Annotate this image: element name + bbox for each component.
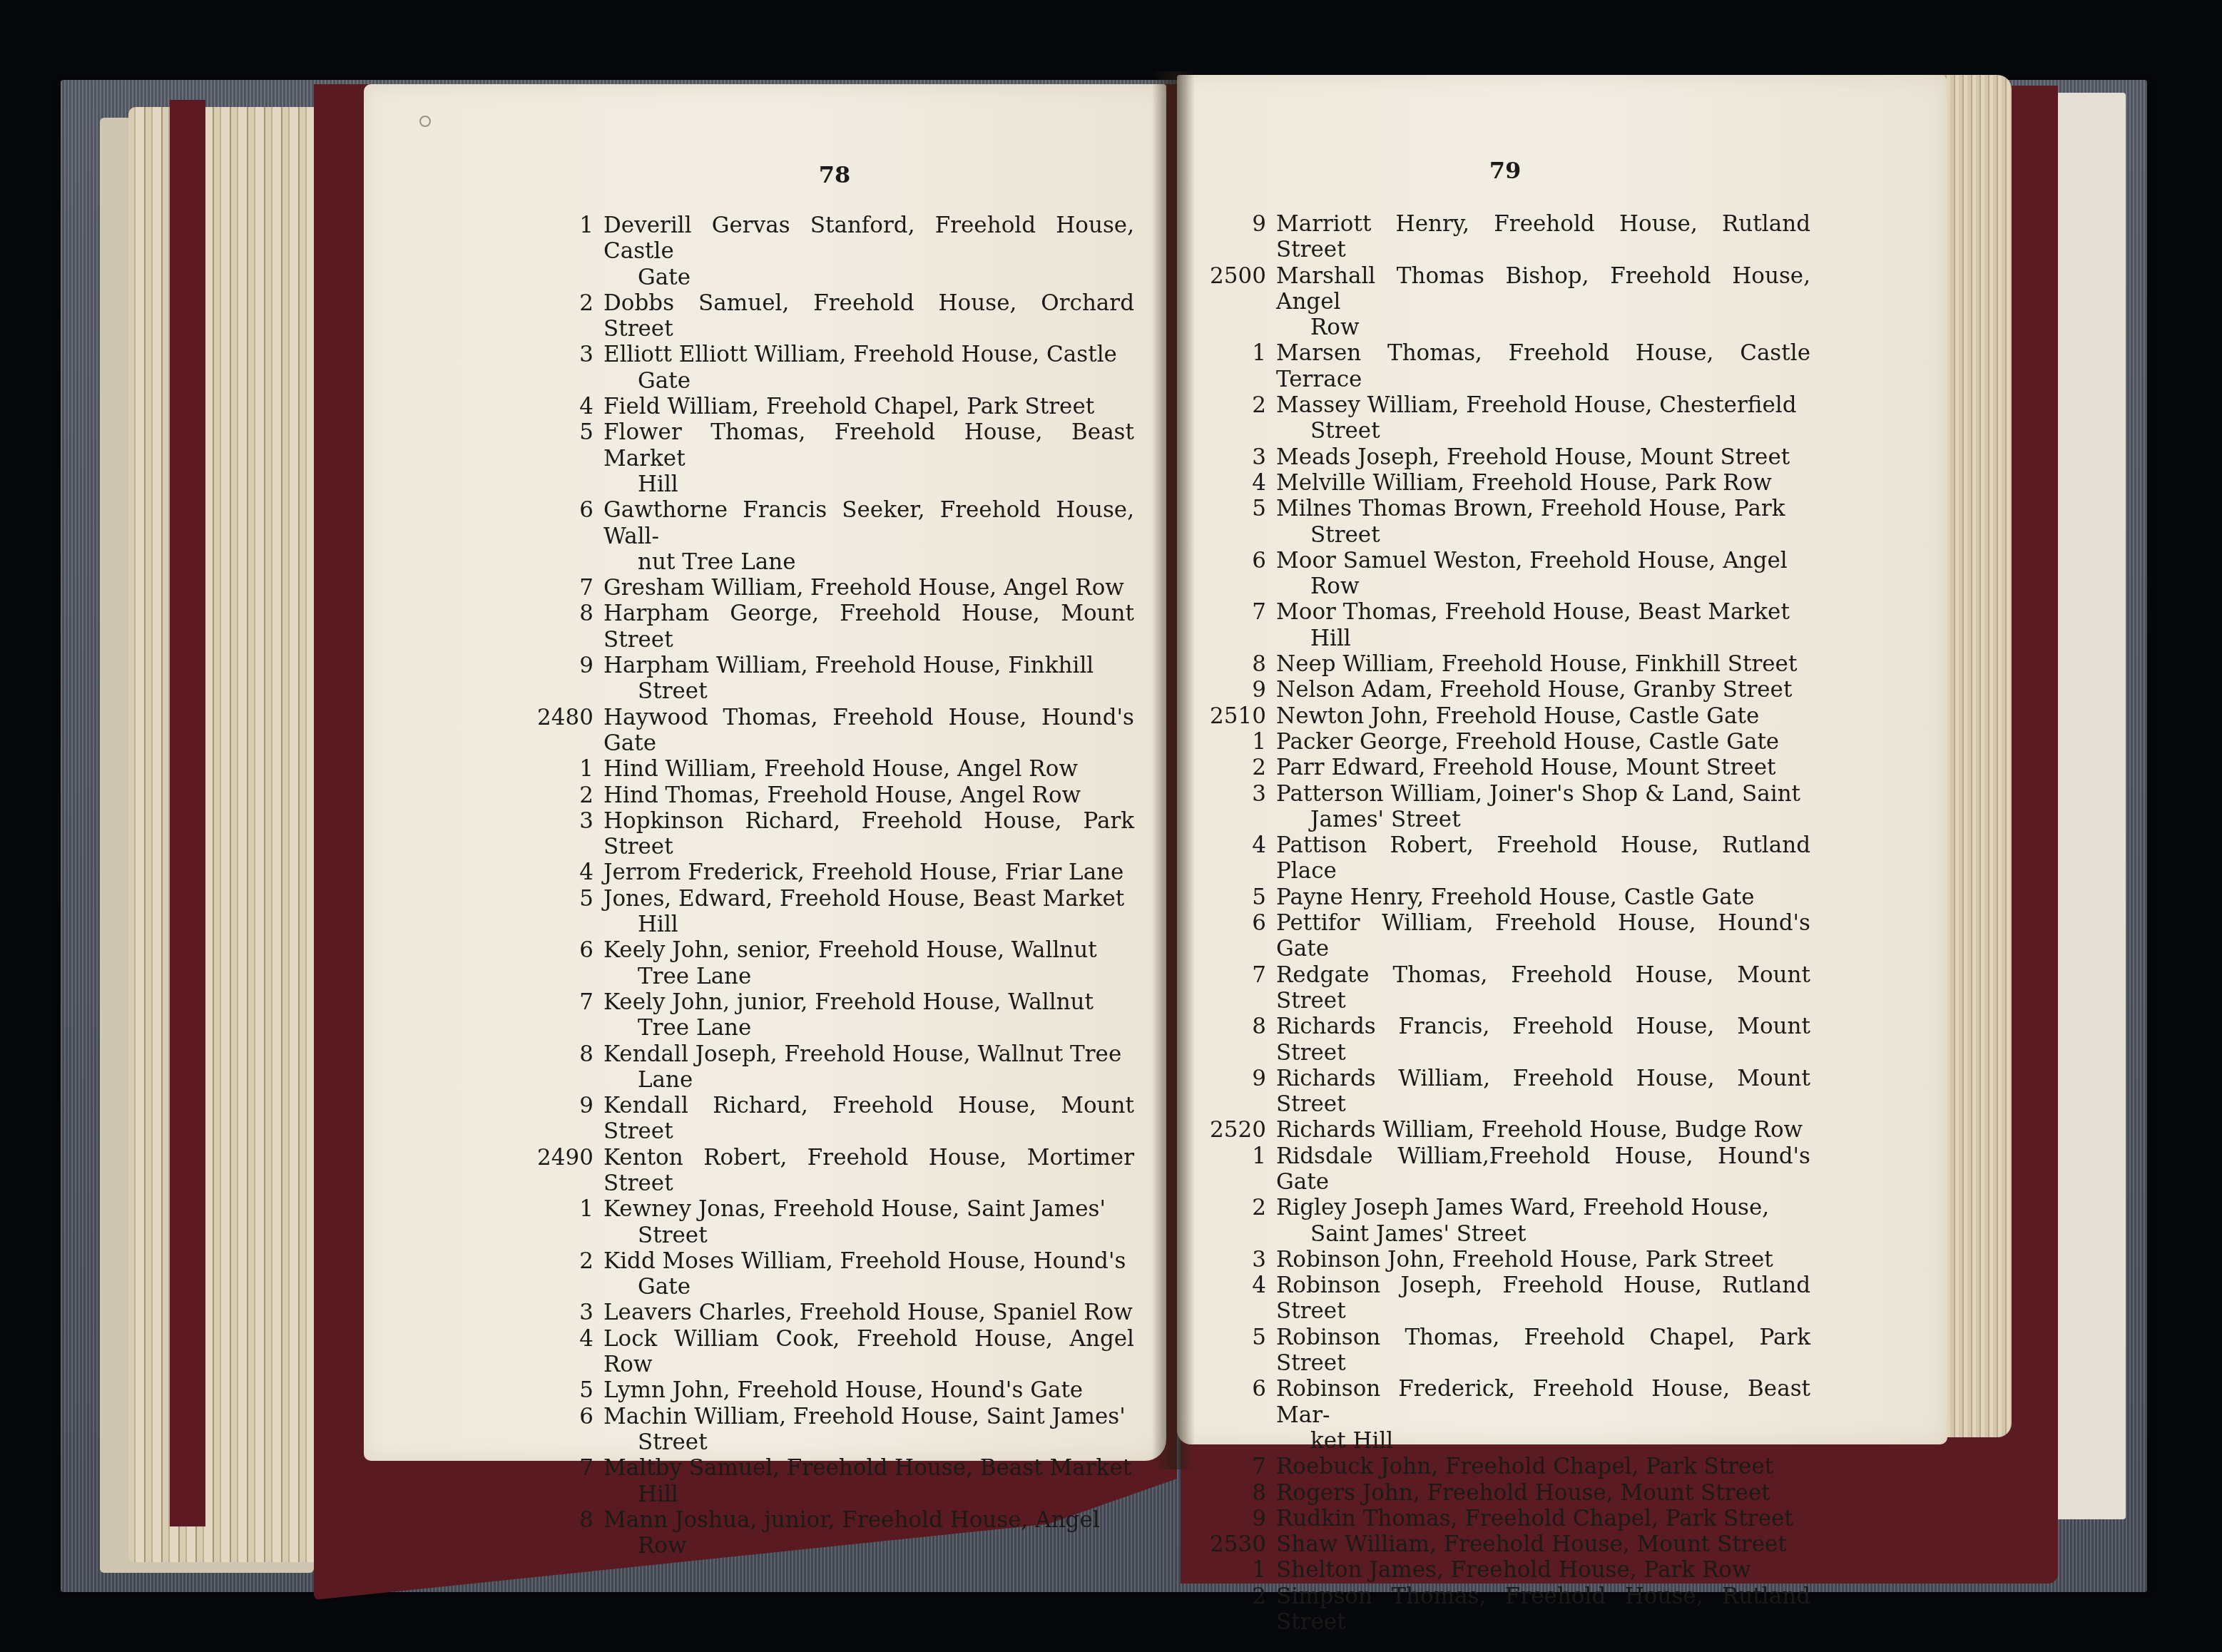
entry-text-continued: Tree Lane — [603, 1015, 1134, 1041]
register-entry: 8 Mann Joshua, junior, Freehold House, A… — [528, 1507, 1134, 1559]
entry-continuation: Street — [1201, 522, 1810, 548]
entry-number: 6 — [528, 937, 603, 963]
entry-text-continued: Street — [1276, 522, 1810, 548]
entry-text: Ridsdale William,Freehold House, Hound's… — [1276, 1143, 1810, 1195]
register-entry: 1 Marsen Thomas, Freehold House, Castle … — [1201, 340, 1810, 392]
register-entry: 7 Gresham William, Freehold House, Angel… — [528, 575, 1134, 601]
entry-continuation: Row — [1201, 573, 1810, 599]
register-entry: 4 Melville William, Freehold House, Park… — [1201, 470, 1810, 496]
entry-number: 7 — [528, 575, 603, 601]
entry-number: 4 — [528, 394, 603, 419]
entry-number: 7 — [528, 989, 603, 1015]
entry-continuation: Row — [1201, 315, 1810, 340]
entry-text: Rudkin Thomas, Freehold Chapel, Park Str… — [1276, 1506, 1810, 1531]
entry-text-continued: Row — [1276, 573, 1810, 599]
register-entry: 5 Payne Henry, Freehold House, Castle Ga… — [1201, 884, 1810, 910]
register-entry: 2500 Marshall Thomas Bishop, Freehold Ho… — [1201, 263, 1810, 341]
entry-text-continued: Row — [1276, 315, 1810, 340]
entry-number: 5 — [528, 419, 603, 471]
entry-number: 6 — [1201, 910, 1276, 962]
entry-text: Hopkinson Richard, Freehold House, Park … — [603, 808, 1134, 860]
register-entry: 6 Gawthorne Francis Seeker, Freehold Hou… — [528, 497, 1134, 575]
register-entry: 3 Robinson John, Freehold House, Park St… — [1201, 1247, 1810, 1273]
register-entry: 9 Nelson Adam, Freehold House, Granby St… — [1201, 677, 1810, 703]
entry-number: 9 — [1201, 1066, 1276, 1118]
entry-text: Harpham William, Freehold House, Finkhil… — [603, 653, 1134, 678]
register-entry: 5 Milnes Thomas Brown, Freehold House, P… — [1201, 496, 1810, 548]
entry-text: Marsen Thomas, Freehold House, Castle Te… — [1276, 340, 1810, 392]
entry-text-continued: nut Tree Lane — [603, 549, 1134, 575]
entry-text: Kendall Richard, Freehold House, Mount S… — [603, 1093, 1134, 1145]
register-entry: 9 Marriott Henry, Freehold House, Rutlan… — [1201, 211, 1810, 263]
register-entry: 7 Keely John, junior, Freehold House, Wa… — [528, 989, 1134, 1041]
register-entry: 2480 Haywood Thomas, Freehold House, Hou… — [528, 705, 1134, 757]
entry-text: Leavers Charles, Freehold House, Spaniel… — [603, 1300, 1134, 1325]
entry-number: 4 — [528, 1326, 603, 1378]
entry-text: Meads Joseph, Freehold House, Mount Stre… — [1276, 444, 1810, 470]
entry-number: 3 — [528, 808, 603, 860]
register-entry: 1 Kewney Jonas, Freehold House, Saint Ja… — [528, 1196, 1134, 1248]
entry-text-continued: ket Hill — [1276, 1428, 1810, 1454]
entry-text-continued: Street — [603, 1429, 1134, 1455]
register-entry: 3 Meads Joseph, Freehold House, Mount St… — [1201, 444, 1810, 470]
entry-text-continued: Hill — [603, 912, 1134, 937]
entry-text-continued: Street — [603, 1223, 1134, 1248]
entry-continuation: Hill — [528, 1482, 1134, 1507]
entry-number: 9 — [1201, 677, 1276, 703]
register-entry: 5 Lymn John, Freehold House, Hound's Gat… — [528, 1377, 1134, 1403]
register-entry: 9 Harpham William, Freehold House, Finkh… — [528, 653, 1134, 705]
entry-continuation: Lane — [528, 1067, 1134, 1093]
register-entry: 6 Keely John, senior, Freehold House, Wa… — [528, 937, 1134, 989]
entry-number: 2 — [528, 1248, 603, 1274]
entry-text: Mann Joshua, junior, Freehold House, Ang… — [603, 1507, 1134, 1533]
entry-number: 6 — [1201, 1376, 1276, 1428]
entry-text: Kenton Robert, Freehold House, Mortimer … — [603, 1145, 1134, 1197]
register-entry: 2 Dobbs Samuel, Freehold House, Orchard … — [528, 290, 1134, 342]
entry-text: Robinson John, Freehold House, Park Stre… — [1276, 1247, 1810, 1273]
entry-continuation: Saint James' Street — [1201, 1221, 1810, 1247]
entry-number: 5 — [1201, 1325, 1276, 1377]
entry-text: Machin William, Freehold House, Saint Ja… — [603, 1404, 1134, 1429]
entry-number: 1 — [1201, 340, 1276, 392]
entry-text: Kidd Moses William, Freehold House, Houn… — [603, 1248, 1134, 1274]
entry-number: 3 — [528, 342, 603, 367]
register-entry: 9 Rudkin Thomas, Freehold Chapel, Park S… — [1201, 1506, 1810, 1531]
entry-text-continued: Saint James' Street — [1276, 1221, 1810, 1247]
entry-number: 5 — [528, 1377, 603, 1403]
entry-text: Dobbs Samuel, Freehold House, Orchard St… — [603, 290, 1134, 342]
entry-number: 2520 — [1201, 1117, 1276, 1143]
entry-number: 8 — [1201, 1014, 1276, 1066]
entry-text: Keely John, junior, Freehold House, Wall… — [603, 989, 1134, 1015]
entry-number: 4 — [528, 860, 603, 885]
entry-number: 2 — [1201, 1195, 1276, 1220]
register-entry: 2510 Newton John, Freehold House, Castle… — [1201, 703, 1810, 729]
register-entry: 5 Robinson Thomas, Freehold Chapel, Park… — [1201, 1325, 1810, 1377]
entry-number: 1 — [528, 756, 603, 782]
entry-text: Flower Thomas, Freehold House, Beast Mar… — [603, 419, 1134, 471]
entry-number: 2 — [1201, 1584, 1276, 1636]
register-entry: 6 Moor Samuel Weston, Freehold House, An… — [1201, 548, 1810, 600]
entry-number: 3 — [528, 1300, 603, 1325]
left-page-entries: 1 Deverill Gervas Stanford, Freehold Hou… — [528, 213, 1134, 1559]
register-entry: 1 Shelton James, Freehold House, Park Ro… — [1201, 1557, 1810, 1583]
red-leaf-left — [170, 100, 205, 1526]
entry-text: Hind Thomas, Freehold House, Angel Row — [603, 782, 1134, 808]
entry-continuation: Street — [528, 678, 1134, 704]
entry-number: 8 — [1201, 651, 1276, 677]
register-entry: 2530 Shaw William, Freehold House, Mount… — [1201, 1531, 1810, 1557]
entry-text: Patterson William, Joiner's Shop & Land,… — [1276, 781, 1810, 807]
entry-continuation: Tree Lane — [528, 1015, 1134, 1041]
register-entry: 3 Patterson William, Joiner's Shop & Lan… — [1201, 781, 1810, 833]
register-entry: 2 Hind Thomas, Freehold House, Angel Row — [528, 782, 1134, 808]
entry-text-continued: Gate — [603, 1274, 1134, 1300]
register-entry: 1 Hind William, Freehold House, Angel Ro… — [528, 756, 1134, 782]
entry-text: Maltby Samuel, Freehold House, Beast Mar… — [603, 1455, 1134, 1481]
entry-number: 1 — [1201, 1557, 1276, 1583]
register-entry: 3 Leavers Charles, Freehold House, Spani… — [528, 1300, 1134, 1325]
entry-text-continued: James' Street — [1276, 807, 1810, 832]
entry-number: 9 — [528, 1093, 603, 1145]
entry-text: Roebuck John, Freehold Chapel, Park Stre… — [1276, 1454, 1810, 1479]
entry-number: 2 — [528, 782, 603, 808]
entry-text: Melville William, Freehold House, Park R… — [1276, 470, 1810, 496]
book-gutter — [1152, 71, 1195, 1469]
register-entry: 5 Flower Thomas, Freehold House, Beast M… — [528, 419, 1134, 497]
entry-number: 2 — [1201, 392, 1276, 418]
entry-text: Payne Henry, Freehold House, Castle Gate — [1276, 884, 1810, 910]
entry-number: 2 — [528, 290, 603, 342]
entry-text: Shaw William, Freehold House, Mount Stre… — [1276, 1531, 1810, 1557]
entry-number: 9 — [528, 653, 603, 678]
register-entry: 4 Robinson Joseph, Freehold House, Rutla… — [1201, 1273, 1810, 1325]
entry-number: 8 — [1201, 1480, 1276, 1506]
entry-text: Richards Francis, Freehold House, Mount … — [1276, 1014, 1810, 1066]
entry-text: Richards William, Freehold House, Mount … — [1276, 1066, 1810, 1118]
entry-number: 5 — [528, 886, 603, 912]
entry-number: 8 — [528, 1507, 603, 1533]
entry-text-continued: Hill — [603, 471, 1134, 497]
entry-text: Lymn John, Freehold House, Hound's Gate — [603, 1377, 1134, 1403]
entry-text: Shelton James, Freehold House, Park Row — [1276, 1557, 1810, 1583]
entry-number: 7 — [1201, 962, 1276, 1014]
entry-text: Jones, Edward, Freehold House, Beast Mar… — [603, 886, 1134, 912]
entry-text: Pettifor William, Freehold House, Hound'… — [1276, 910, 1810, 962]
entry-text: Packer George, Freehold House, Castle Ga… — [1276, 729, 1810, 755]
entry-text: Redgate Thomas, Freehold House, Mount St… — [1276, 962, 1810, 1014]
entry-text: Newton John, Freehold House, Castle Gate — [1276, 703, 1810, 729]
entry-text: Harpham George, Freehold House, Mount St… — [603, 601, 1134, 653]
entry-number: 2480 — [528, 705, 603, 757]
entry-text: Lock William Cook, Freehold House, Angel… — [603, 1326, 1134, 1378]
register-entry: 3 Hopkinson Richard, Freehold House, Par… — [528, 808, 1134, 860]
entry-number: 1 — [1201, 729, 1276, 755]
entry-number: 1 — [1201, 1143, 1276, 1195]
register-entry: 7 Maltby Samuel, Freehold House, Beast M… — [528, 1455, 1134, 1507]
entry-continuation: Gate — [528, 1274, 1134, 1300]
entry-continuation: Row — [528, 1533, 1134, 1559]
entry-continuation: Gate — [528, 265, 1134, 290]
entry-number: 4 — [1201, 1273, 1276, 1325]
register-entry: 6 Pettifor William, Freehold House, Houn… — [1201, 910, 1810, 962]
entry-number: 6 — [1201, 548, 1276, 573]
right-page-entries: 9 Marriott Henry, Freehold House, Rutlan… — [1201, 211, 1810, 1635]
register-entry: 7 Redgate Thomas, Freehold House, Mount … — [1201, 962, 1810, 1014]
entry-number: 8 — [528, 1041, 603, 1067]
entry-text-continued: Gate — [603, 368, 1134, 394]
entry-number: 5 — [1201, 884, 1276, 910]
entry-text: Nelson Adam, Freehold House, Granby Stre… — [1276, 677, 1810, 703]
entry-text: Moor Thomas, Freehold House, Beast Marke… — [1276, 599, 1810, 625]
paper-mark — [419, 116, 431, 127]
entry-text: Parr Edward, Freehold House, Mount Stree… — [1276, 755, 1810, 780]
entry-number: 4 — [1201, 832, 1276, 884]
entry-number: 4 — [1201, 470, 1276, 496]
entry-continuation: nut Tree Lane — [528, 549, 1134, 575]
entry-number: 2500 — [1201, 263, 1276, 315]
entry-text-continued: Gate — [603, 265, 1134, 290]
register-entry: 6 Machin William, Freehold House, Saint … — [528, 1404, 1134, 1456]
register-entry: 2 Simpson Thomas, Freehold House, Rutlan… — [1201, 1584, 1810, 1636]
entry-text: Robinson Frederick, Freehold House, Beas… — [1276, 1376, 1810, 1428]
entry-text-continued: Hill — [603, 1482, 1134, 1507]
entry-text: Elliott Elliott William, Freehold House,… — [603, 342, 1134, 367]
entry-text-continued: Row — [603, 1533, 1134, 1559]
entry-text: Milnes Thomas Brown, Freehold House, Par… — [1276, 496, 1810, 521]
register-entry: 7 Moor Thomas, Freehold House, Beast Mar… — [1201, 599, 1810, 651]
page-number-right: 79 — [1469, 157, 1541, 184]
entry-text: Kendall Joseph, Freehold House, Wallnut … — [603, 1041, 1134, 1067]
entry-text: Robinson Thomas, Freehold Chapel, Park S… — [1276, 1325, 1810, 1377]
entry-number: 2530 — [1201, 1531, 1276, 1557]
entry-number: 9 — [1201, 211, 1276, 263]
register-entry: 4 Jerrom Frederick, Freehold House, Fria… — [528, 860, 1134, 885]
register-entry: 6 Robinson Frederick, Freehold House, Be… — [1201, 1376, 1810, 1454]
entry-number: 3 — [1201, 444, 1276, 470]
entry-continuation: Street — [528, 1429, 1134, 1455]
entry-text: Gresham William, Freehold House, Angel R… — [603, 575, 1134, 601]
entry-continuation: Street — [1201, 418, 1810, 444]
entry-number: 2510 — [1201, 703, 1276, 729]
entry-continuation: Hill — [1201, 626, 1810, 651]
register-entry: 3 Elliott Elliott William, Freehold Hous… — [528, 342, 1134, 394]
entry-text: Haywood Thomas, Freehold House, Hound's … — [603, 705, 1134, 757]
entry-text: Deverill Gervas Stanford, Freehold House… — [603, 213, 1134, 265]
entry-text: Jerrom Frederick, Freehold House, Friar … — [603, 860, 1134, 885]
register-entry: 2490 Kenton Robert, Freehold House, Mort… — [528, 1145, 1134, 1197]
register-entry: 5 Jones, Edward, Freehold House, Beast M… — [528, 886, 1134, 938]
entry-text-continued: Street — [1276, 418, 1810, 444]
entry-continuation: ket Hill — [1201, 1428, 1810, 1454]
entry-text: Keely John, senior, Freehold House, Wall… — [603, 937, 1134, 963]
register-entry: 9 Kendall Richard, Freehold House, Mount… — [528, 1093, 1134, 1145]
page-stack-left — [128, 107, 328, 1562]
entry-text: Simpson Thomas, Freehold House, Rutland … — [1276, 1584, 1810, 1636]
entry-text-continued: Street — [603, 678, 1134, 704]
entry-number: 7 — [528, 1455, 603, 1481]
entry-number: 9 — [1201, 1506, 1276, 1531]
register-entry: 8 Neep William, Freehold House, Finkhill… — [1201, 651, 1810, 677]
entry-text: Rigley Joseph James Ward, Freehold House… — [1276, 1195, 1810, 1220]
register-entry: 4 Field William, Freehold Chapel, Park S… — [528, 394, 1134, 419]
entry-text: Gawthorne Francis Seeker, Freehold House… — [603, 497, 1134, 549]
entry-number: 2490 — [528, 1145, 603, 1197]
register-entry: 2 Massey William, Freehold House, Cheste… — [1201, 392, 1810, 444]
register-entry: 1 Deverill Gervas Stanford, Freehold Hou… — [528, 213, 1134, 290]
entry-text: Moor Samuel Weston, Freehold House, Ange… — [1276, 548, 1810, 573]
register-entry: 8 Harpham George, Freehold House, Mount … — [528, 601, 1134, 653]
entry-number: 6 — [528, 1404, 603, 1429]
register-entry: 4 Pattison Robert, Freehold House, Rutla… — [1201, 832, 1810, 884]
register-entry: 9 Richards William, Freehold House, Moun… — [1201, 1066, 1810, 1118]
entry-continuation: James' Street — [1201, 807, 1810, 832]
entry-number: 1 — [528, 1196, 603, 1222]
entry-number: 6 — [528, 497, 603, 549]
entry-continuation: Tree Lane — [528, 964, 1134, 989]
entry-continuation: Hill — [528, 912, 1134, 937]
entry-continuation: Gate — [528, 368, 1134, 394]
entry-text: Pattison Robert, Freehold House, Rutland… — [1276, 832, 1810, 884]
register-entry: 4 Lock William Cook, Freehold House, Ang… — [528, 1326, 1134, 1378]
register-entry: 7 Roebuck John, Freehold Chapel, Park St… — [1201, 1454, 1810, 1479]
page-number-left: 78 — [799, 161, 870, 188]
entry-number: 3 — [1201, 1247, 1276, 1273]
entry-text: Rogers John, Freehold House, Mount Stree… — [1276, 1480, 1810, 1506]
entry-text: Massey William, Freehold House, Chesterf… — [1276, 392, 1810, 418]
register-entry: 8 Rogers John, Freehold House, Mount Str… — [1201, 1480, 1810, 1506]
register-entry: 2 Parr Edward, Freehold House, Mount Str… — [1201, 755, 1810, 780]
entry-text: Neep William, Freehold House, Finkhill S… — [1276, 651, 1810, 677]
entry-number: 5 — [1201, 496, 1276, 521]
entry-number: 7 — [1201, 599, 1276, 625]
entry-text-continued: Hill — [1276, 626, 1810, 651]
entry-number: 1 — [528, 213, 603, 265]
entry-text: Field William, Freehold Chapel, Park Str… — [603, 394, 1134, 419]
entry-continuation: Hill — [528, 471, 1134, 497]
entry-text: Marshall Thomas Bishop, Freehold House, … — [1276, 263, 1810, 315]
entry-text: Kewney Jonas, Freehold House, Saint Jame… — [603, 1196, 1134, 1222]
entry-continuation: Street — [528, 1223, 1134, 1248]
register-entry: 8 Richards Francis, Freehold House, Moun… — [1201, 1014, 1810, 1066]
register-entry: 1 Packer George, Freehold House, Castle … — [1201, 729, 1810, 755]
entry-number: 7 — [1201, 1454, 1276, 1479]
register-entry: 1 Ridsdale William,Freehold House, Hound… — [1201, 1143, 1810, 1195]
register-entry: 2 Kidd Moses William, Freehold House, Ho… — [528, 1248, 1134, 1300]
entry-text: Marriott Henry, Freehold House, Rutland … — [1276, 211, 1810, 263]
entry-number: 8 — [528, 601, 603, 653]
register-entry: 8 Kendall Joseph, Freehold House, Wallnu… — [528, 1041, 1134, 1093]
entry-text: Hind William, Freehold House, Angel Row — [603, 756, 1134, 782]
entry-text-continued: Tree Lane — [603, 964, 1134, 989]
register-entry: 2520 Richards William, Freehold House, B… — [1201, 1117, 1810, 1143]
entry-number: 3 — [1201, 781, 1276, 807]
entry-text: Richards William, Freehold House, Budge … — [1276, 1117, 1810, 1143]
entry-number: 2 — [1201, 755, 1276, 780]
register-entry: 2 Rigley Joseph James Ward, Freehold Hou… — [1201, 1195, 1810, 1247]
entry-text-continued: Lane — [603, 1067, 1134, 1093]
entry-text: Robinson Joseph, Freehold House, Rutland… — [1276, 1273, 1810, 1325]
